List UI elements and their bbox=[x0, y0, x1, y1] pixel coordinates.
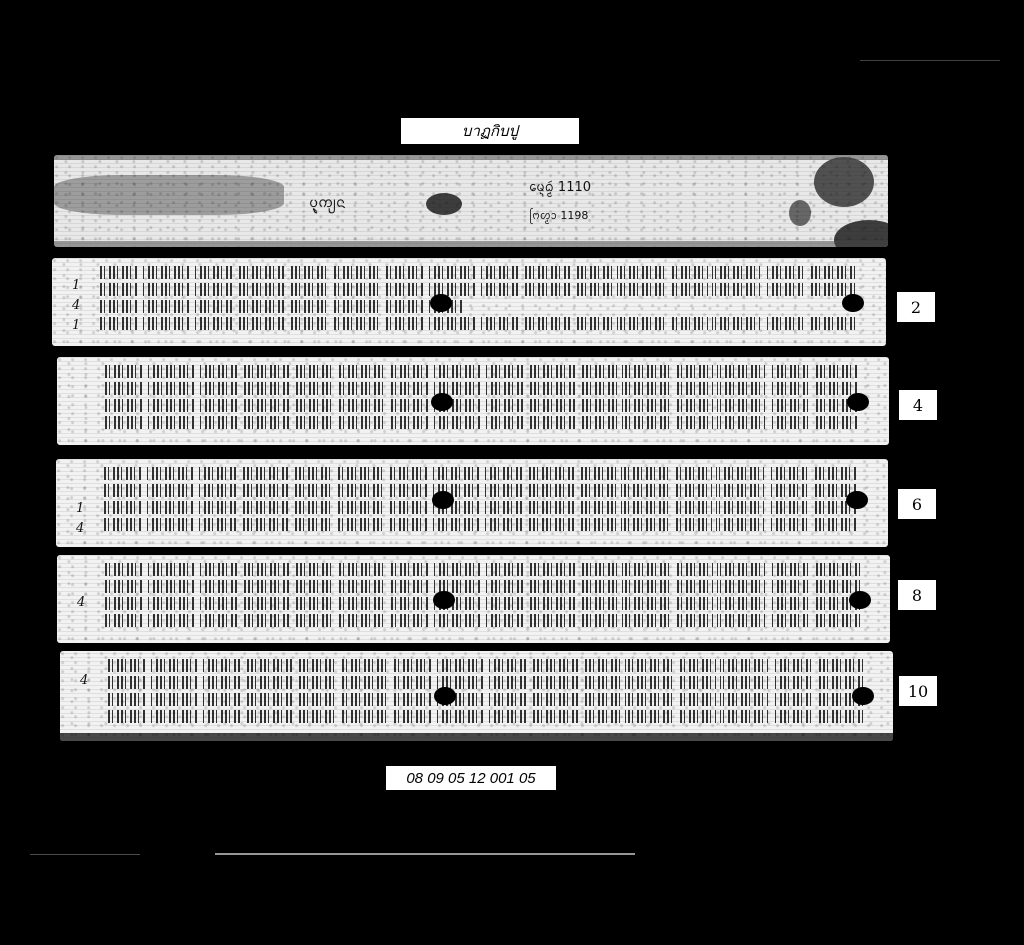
binding-hole bbox=[842, 294, 864, 312]
binding-hole bbox=[432, 491, 454, 509]
page-tag-6: 6 bbox=[898, 489, 936, 519]
manuscript-leaf bbox=[57, 357, 889, 445]
identifier-label: 08 09 05 12 001 05 bbox=[386, 766, 556, 790]
page-tag-8: 8 bbox=[898, 580, 936, 610]
manuscript-leaf: 1 4 1 bbox=[52, 258, 886, 346]
title-label: บาฏกิบปู bbox=[401, 118, 579, 144]
binding-hole bbox=[434, 687, 456, 705]
cover-inscription-bottom: ᨻᩕᩉ᩠ᨾᩣ 1198 bbox=[529, 207, 588, 225]
page-tag-4: 4 bbox=[899, 390, 937, 420]
manuscript-leaf: 4 bbox=[57, 555, 890, 643]
leaf-text bbox=[105, 361, 859, 432]
leaf-text bbox=[108, 655, 863, 726]
binding-hole bbox=[431, 393, 453, 411]
cover-inscription-top: ᨾᩮ᩠ᨶᨵᩢ᩠ᨾ 1110 bbox=[529, 177, 591, 198]
binding-hole bbox=[849, 591, 871, 609]
margin-number: 4 bbox=[77, 595, 85, 610]
binding-hole bbox=[846, 491, 868, 509]
binding-hole bbox=[433, 591, 455, 609]
manuscript-leaf: 1 4 bbox=[56, 459, 888, 547]
margin-number: 4 bbox=[76, 521, 84, 536]
margin-number: 1 bbox=[72, 318, 80, 333]
binding-hole bbox=[852, 687, 874, 705]
leaf-text bbox=[105, 559, 860, 630]
leaf-text bbox=[104, 463, 858, 534]
margin-number: 1 bbox=[76, 501, 84, 516]
binding-hole bbox=[847, 393, 869, 411]
margin-number: 4 bbox=[72, 298, 80, 313]
page-tag-10: 10 bbox=[899, 676, 937, 706]
scan-artifact bbox=[860, 60, 1000, 61]
scan-artifact bbox=[30, 854, 140, 855]
cover-leaf: ᨷᩩ᩠ᨶᨠ᩠ᨿᨶ ᨾᩮ᩠ᨶᨵᩢ᩠ᨾ 1110 ᨻᩕᩉ᩠ᨾᩣ 1198 bbox=[54, 155, 888, 247]
leaf-text bbox=[100, 262, 856, 333]
margin-number: 4 bbox=[80, 673, 88, 688]
margin-number: 1 bbox=[72, 278, 80, 293]
scan-artifact bbox=[215, 853, 635, 855]
cover-inscription-left: ᨷᩩ᩠ᨶᨠ᩠ᨿᨶ bbox=[309, 193, 345, 215]
page-tag-2: 2 bbox=[897, 292, 935, 322]
binding-hole bbox=[430, 294, 452, 312]
manuscript-leaf: 4 bbox=[60, 651, 893, 741]
